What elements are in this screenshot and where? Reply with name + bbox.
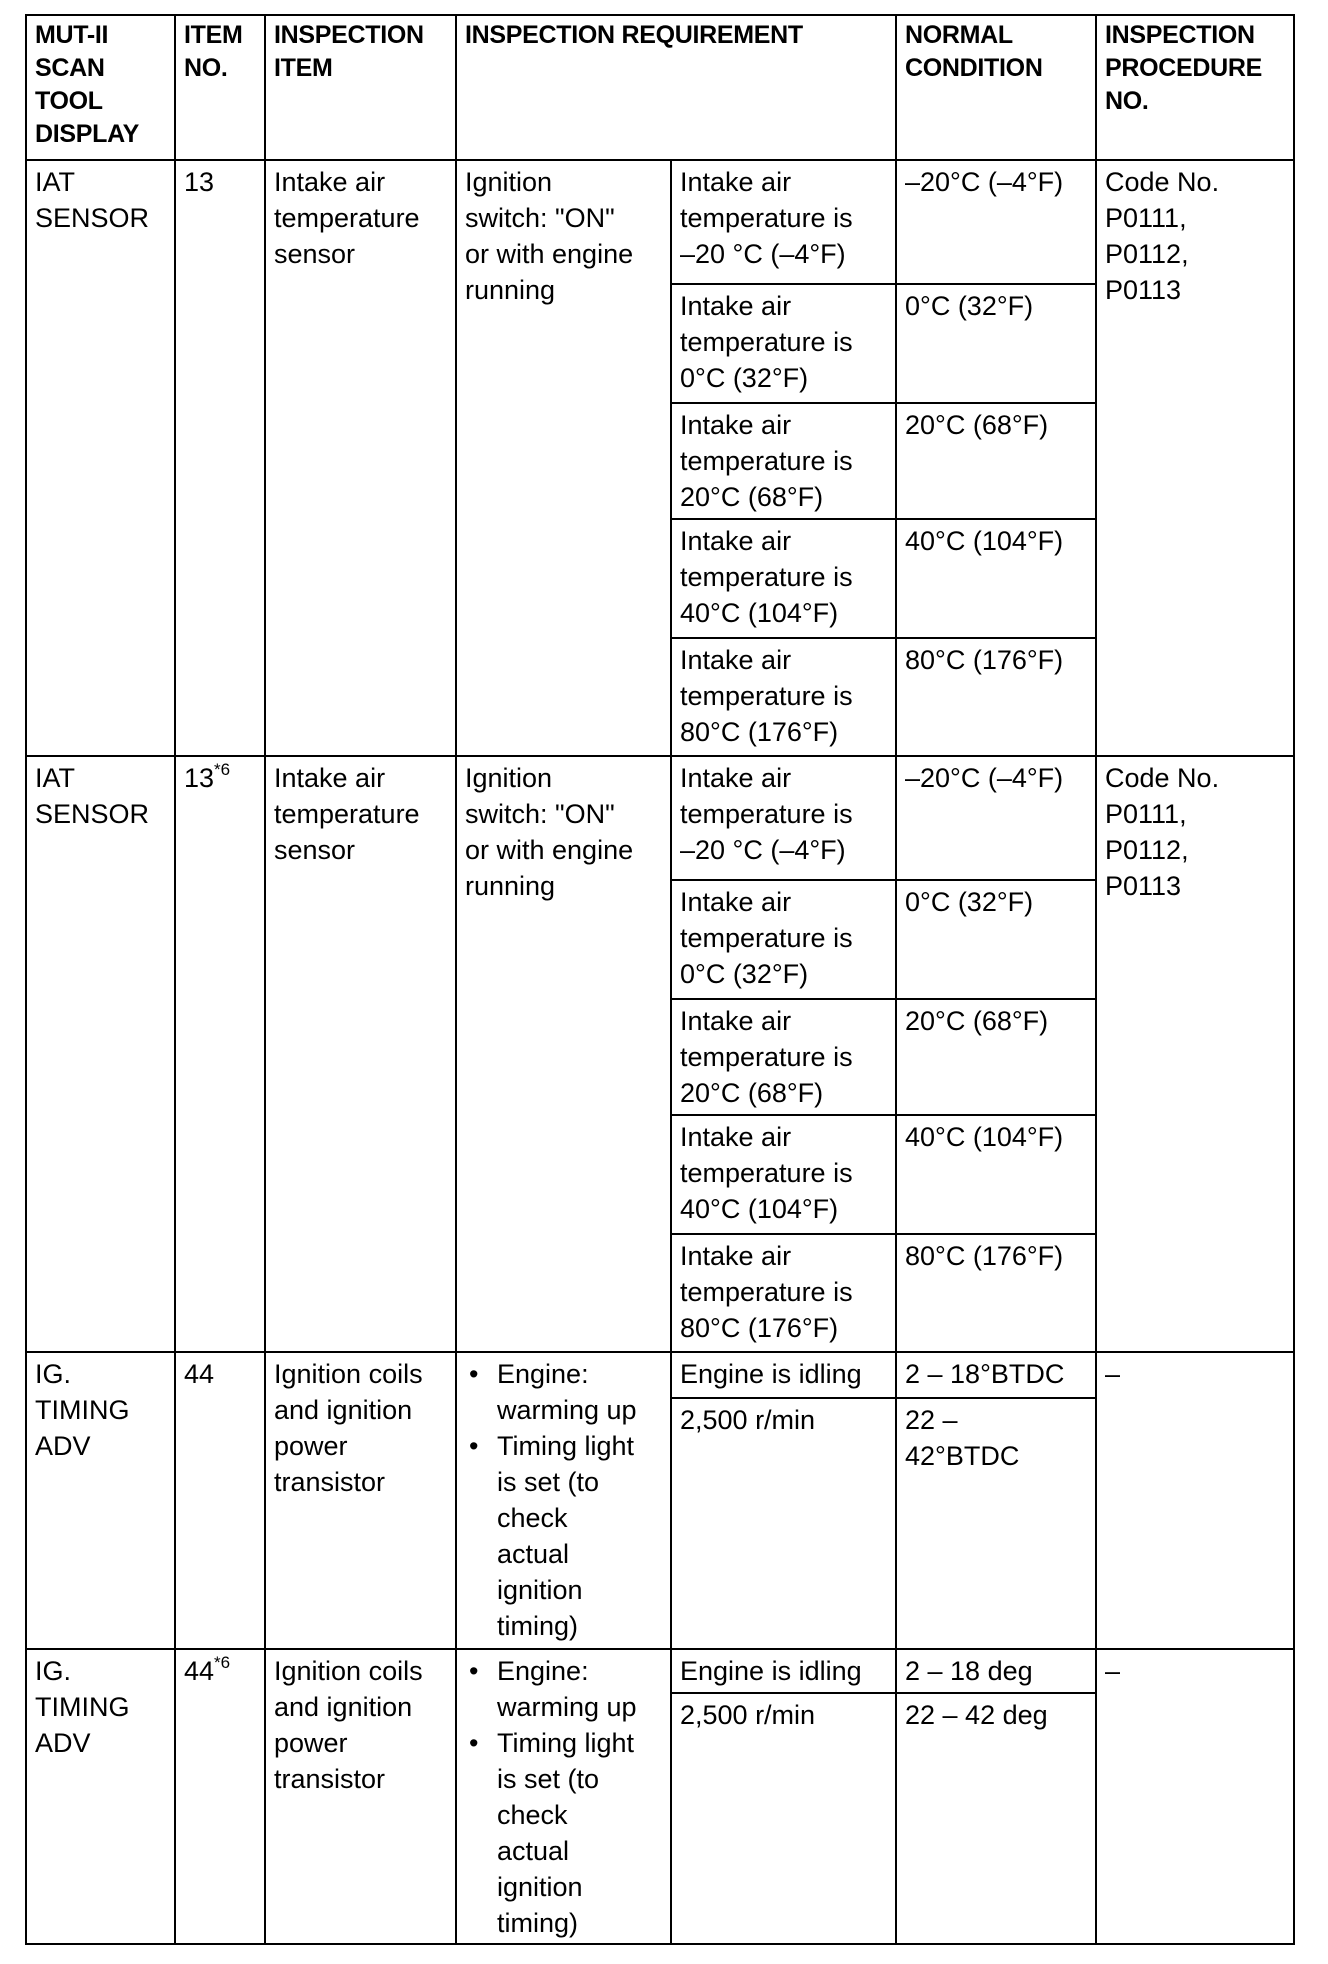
procedure-no-cell: – [1095, 1648, 1295, 1945]
item-number: 13 [184, 763, 214, 793]
footnote-marker: *6 [214, 760, 230, 779]
inspection-requirement-cell: Engine: warming upTiming light is set (t… [455, 1351, 672, 1650]
condition-requirement-cell: Intake air temperature is 0°C (32°F) [670, 879, 897, 1000]
header-scan-tool-display: MUT-II SCAN TOOL DISPLAY [25, 14, 176, 161]
normal-condition-cell: 22 – 42°BTDC [895, 1397, 1097, 1650]
normal-condition-cell: 40°C (104°F) [895, 1114, 1097, 1235]
scan-tool-display-cell: IG. TIMING ADV [25, 1351, 176, 1650]
item-no-cell: 13*6 [174, 755, 266, 1353]
condition-requirement-cell: Intake air temperature is –20 °C (–4°F) [670, 159, 897, 285]
condition-requirement-cell: Intake air temperature is 0°C (32°F) [670, 283, 897, 404]
normal-condition-cell: 20°C (68°F) [895, 998, 1097, 1116]
condition-requirement-cell: Intake air temperature is 20°C (68°F) [670, 998, 897, 1116]
normal-condition-cell: 2 – 18°BTDC [895, 1351, 1097, 1399]
requirement-bullet-item: Timing light is set (to check actual ign… [497, 1428, 662, 1644]
item-number: 44 [184, 1656, 214, 1686]
item-number: 44 [184, 1359, 214, 1389]
item-no-cell: 13 [174, 159, 266, 757]
condition-requirement-cell: Intake air temperature is –20 °C (–4°F) [670, 755, 897, 881]
normal-condition-cell: 22 – 42 deg [895, 1692, 1097, 1945]
inspection-requirement-cell: Ignition switch: "ON" or with engine run… [455, 159, 672, 757]
normal-condition-cell: 40°C (104°F) [895, 518, 1097, 639]
procedure-no-cell: – [1095, 1351, 1295, 1650]
condition-requirement-cell: Engine is idling [670, 1648, 897, 1694]
normal-condition-cell: 20°C (68°F) [895, 402, 1097, 520]
requirement-bullet-item: Timing light is set (to check actual ign… [497, 1725, 662, 1941]
normal-condition-cell: 80°C (176°F) [895, 637, 1097, 757]
procedure-no-cell: Code No. P0111, P0112, P0113 [1095, 159, 1295, 757]
condition-requirement-cell: 2,500 r/min [670, 1397, 897, 1650]
header-normal-condition: NORMAL CONDITION [895, 14, 1097, 161]
requirement-bullet-list: Engine: warming upTiming light is set (t… [463, 1356, 662, 1644]
normal-condition-cell: 0°C (32°F) [895, 879, 1097, 1000]
item-no-cell: 44 [174, 1351, 266, 1650]
condition-requirement-cell: 2,500 r/min [670, 1692, 897, 1945]
condition-requirement-cell: Intake air temperature is 40°C (104°F) [670, 518, 897, 639]
condition-requirement-cell: Engine is idling [670, 1351, 897, 1399]
condition-requirement-cell: Intake air temperature is 80°C (176°F) [670, 637, 897, 757]
condition-requirement-cell: Intake air temperature is 20°C (68°F) [670, 402, 897, 520]
inspection-item-cell: Intake air temperature sensor [264, 755, 457, 1353]
normal-condition-cell: –20°C (–4°F) [895, 755, 1097, 881]
procedure-no-cell: Code No. P0111, P0112, P0113 [1095, 755, 1295, 1353]
item-no-cell: 44*6 [174, 1648, 266, 1945]
scan-tool-display-cell: IAT SENSOR [25, 159, 176, 757]
inspection-item-cell: Ignition coils and ignition power transi… [264, 1648, 457, 1945]
requirement-bullet-item: Engine: warming up [497, 1653, 662, 1725]
header-procedure-no: INSPECTION PROCEDURE NO. [1095, 14, 1295, 161]
normal-condition-cell: 2 – 18 deg [895, 1648, 1097, 1694]
condition-requirement-cell: Intake air temperature is 40°C (104°F) [670, 1114, 897, 1235]
inspection-table: MUT-II SCAN TOOL DISPLAYITEM NO.INSPECTI… [0, 0, 1328, 1964]
inspection-item-cell: Ignition coils and ignition power transi… [264, 1351, 457, 1650]
inspection-requirement-cell: Ignition switch: "ON" or with engine run… [455, 755, 672, 1353]
normal-condition-cell: 0°C (32°F) [895, 283, 1097, 404]
normal-condition-cell: –20°C (–4°F) [895, 159, 1097, 285]
item-number: 13 [184, 167, 214, 197]
requirement-bullet-item: Engine: warming up [497, 1356, 662, 1428]
footnote-marker: *6 [214, 1653, 230, 1672]
scan-tool-display-cell: IAT SENSOR [25, 755, 176, 1353]
inspection-item-cell: Intake air temperature sensor [264, 159, 457, 757]
header-inspection-item: INSPECTION ITEM [264, 14, 457, 161]
condition-requirement-cell: Intake air temperature is 80°C (176°F) [670, 1233, 897, 1353]
inspection-requirement-cell: Engine: warming upTiming light is set (t… [455, 1648, 672, 1945]
scan-tool-display-cell: IG. TIMING ADV [25, 1648, 176, 1945]
header-inspection-requirement: INSPECTION REQUIREMENT [455, 14, 897, 161]
normal-condition-cell: 80°C (176°F) [895, 1233, 1097, 1353]
header-item-no: ITEM NO. [174, 14, 266, 161]
requirement-bullet-list: Engine: warming upTiming light is set (t… [463, 1653, 662, 1941]
